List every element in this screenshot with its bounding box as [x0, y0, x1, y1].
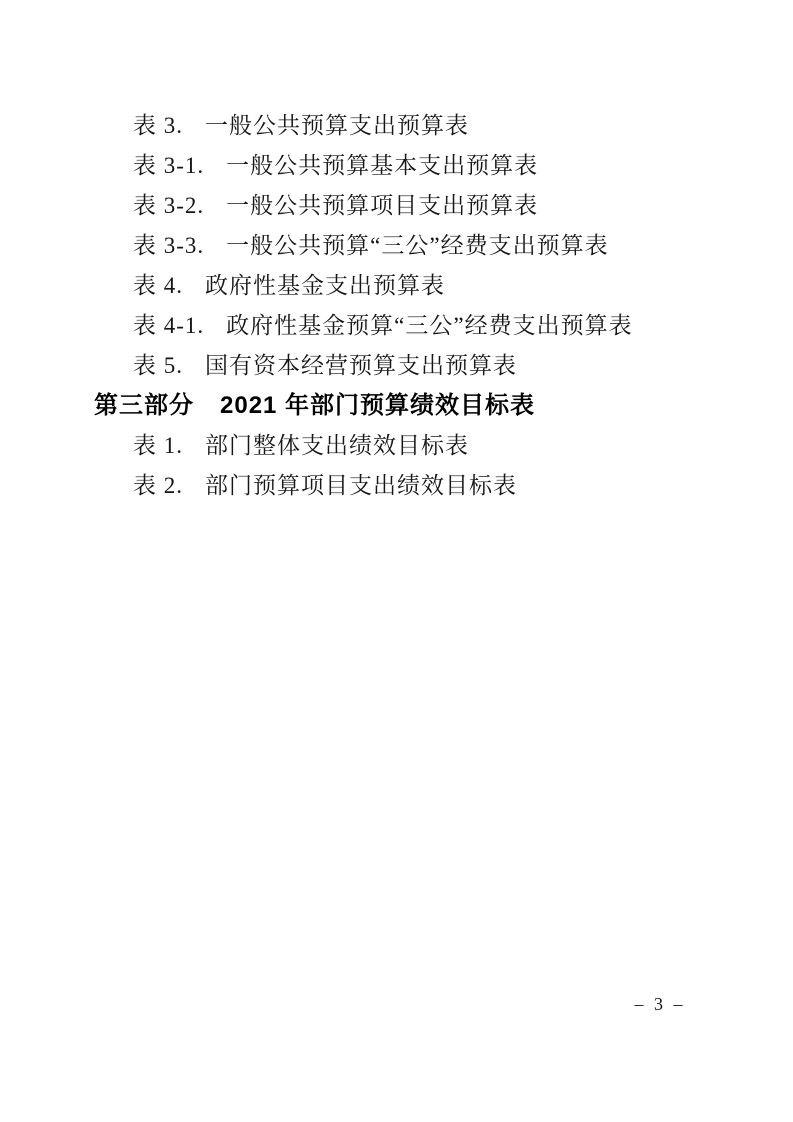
toc-item-title: 国有资本经营预算支出预算表	[205, 353, 517, 378]
toc-item-number: 表 2.	[133, 466, 183, 506]
toc-item-title: 政府性基金支出预算表	[205, 273, 445, 298]
page-number: – 3 –	[598, 990, 722, 1018]
toc-item-number: 表 5.	[133, 346, 183, 386]
toc-item: 表 3-2.一般公共预算项目支出预算表	[0, 186, 793, 226]
toc-item-title: 一般公共预算基本支出预算表	[226, 153, 538, 178]
toc-item: 表 2.部门预算项目支出绩效目标表	[0, 466, 793, 506]
part3-heading-title: 2021 年部门预算绩效目标表	[220, 392, 535, 419]
toc-item-title: 部门预算项目支出绩效目标表	[205, 473, 517, 498]
toc-item-number: 表 1.	[133, 426, 183, 466]
document-page: 表 3.一般公共预算支出预算表 表 3-1.一般公共预算基本支出预算表 表 3-…	[0, 0, 793, 1122]
toc-item: 表 4-1.政府性基金预算“三公”经费支出预算表	[0, 306, 793, 346]
toc-item-number: 表 4.	[133, 266, 183, 306]
toc-item: 表 5.国有资本经营预算支出预算表	[0, 346, 793, 386]
toc-item: 表 4.政府性基金支出预算表	[0, 266, 793, 306]
part3-heading: 第三部分2021 年部门预算绩效目标表	[0, 386, 793, 426]
toc-item-title: 一般公共预算支出预算表	[205, 113, 469, 138]
toc-item-number: 表 3-1.	[133, 146, 204, 186]
toc-item: 表 1.部门整体支出绩效目标表	[0, 426, 793, 466]
toc-item-number: 表 3.	[133, 106, 183, 146]
toc-item: 表 3-3.一般公共预算“三公”经费支出预算表	[0, 226, 793, 266]
toc-item-title: 部门整体支出绩效目标表	[205, 433, 469, 458]
table-of-contents: 表 3.一般公共预算支出预算表 表 3-1.一般公共预算基本支出预算表 表 3-…	[0, 106, 793, 506]
toc-item-title: 一般公共预算项目支出预算表	[226, 193, 538, 218]
toc-item-number: 表 3-3.	[133, 226, 204, 266]
toc-item: 表 3-1.一般公共预算基本支出预算表	[0, 146, 793, 186]
toc-item: 表 3.一般公共预算支出预算表	[0, 106, 793, 146]
toc-item-title: 一般公共预算“三公”经费支出预算表	[226, 233, 608, 258]
toc-item-number: 表 4-1.	[133, 306, 204, 346]
part3-heading-label: 第三部分	[94, 392, 194, 419]
toc-item-title: 政府性基金预算“三公”经费支出预算表	[226, 313, 632, 338]
toc-item-number: 表 3-2.	[133, 186, 204, 226]
